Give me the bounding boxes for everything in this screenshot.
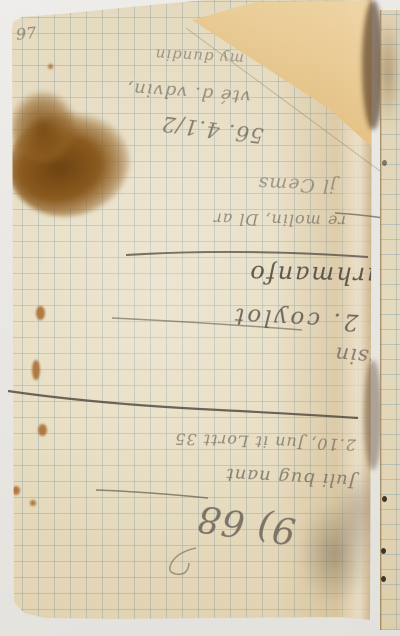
scanned-notebook-page: 97 my dundin vté d. vdvin, 56. 4.1/2 jl … [0,0,400,636]
handwriting-line: vté d. vdvin, [65,74,251,108]
handwriting-line: 2.10, Jun it Lortt 35 [36,424,356,454]
rust-speck [32,360,40,380]
next-page-edge [380,10,400,630]
handwriting-line: Juli bug nant [106,457,357,491]
rust-speck [12,486,20,495]
handwriting-line: jl Cems [156,169,337,197]
brown-ink-stain-upper [10,92,76,162]
stitch-hole [381,548,386,554]
rust-speck [48,64,53,69]
next-page-stain [377,16,399,126]
handwriting-line: Marhmanfo [118,257,400,290]
stitch-hole [381,576,386,582]
handwriting-line: 56. 4.1/2 [103,104,265,147]
rust-speck [30,500,36,506]
handwriting-line: my dundin [94,42,245,68]
handwriting-line-large-number: 9) 68 [179,494,299,551]
rust-speck [36,306,45,320]
page-number: 97 [15,23,37,44]
notebook-page: 97 my dundin vté d. vdvin, 56. 4.1/2 jl … [6,0,378,626]
stitch-hole [382,496,387,502]
handwriting-line: re molin, Dl ar [146,208,346,230]
stitch-hole [382,160,387,166]
